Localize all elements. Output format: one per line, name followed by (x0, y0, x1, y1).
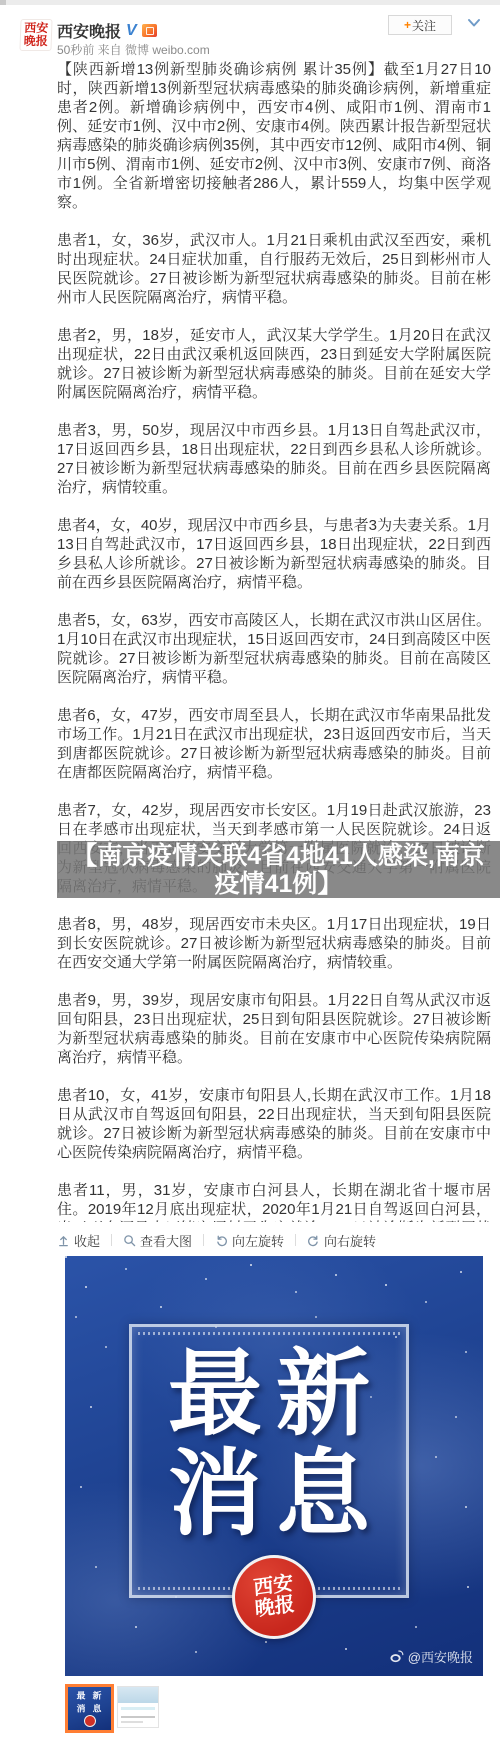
collapse-icon (57, 1234, 70, 1247)
xian-evening-news-seal-logo: 西安 晚报 (232, 1555, 316, 1639)
avatar-text-line2: 晚报 (24, 35, 48, 48)
seal-text-line2: 晚报 (254, 1594, 295, 1621)
thumbnail-1-selected[interactable]: 最 新 消 息 (65, 1684, 114, 1733)
verified-v-icon: V (126, 22, 137, 40)
page-top-strip (0, 0, 500, 5)
follow-plus-icon: + (404, 18, 411, 32)
rotate-left-icon (215, 1234, 228, 1247)
post-timestamp: 50秒前 来自 微博 weibo.com (57, 41, 210, 58)
page-corner-mark (0, 0, 6, 5)
thumbnail-webpage-line (121, 1716, 155, 1718)
weibo-logo-icon (389, 1650, 404, 1663)
post-paragraph: 【陕西新增13例新型肺炎确诊病例 累计35例】截至1月27日10时，陕西新增13… (57, 60, 491, 212)
thumbnail-seal-icon (84, 1715, 96, 1727)
thumbnail-webpage-bar (121, 1707, 155, 1710)
poster-headline-char: 最 (161, 1344, 269, 1444)
overlay-headline: 【南京疫情关联4省4地41人感染,南京疫情41例】 (61, 842, 496, 898)
thumb-char: 新 (91, 1691, 104, 1701)
image-toolbar: 收起 查看大图 向左旋转 向右旋转 (57, 1230, 387, 1250)
thumbnail-2-webpage[interactable] (117, 1686, 159, 1728)
post-text: 【陕西新增13例新型肺炎确诊病例 累计35例】截至1月27日10时，陕西新增13… (57, 60, 491, 1222)
avatar[interactable]: 西安 晚报 (19, 19, 52, 51)
rotate-left-label: 向左旋转 (232, 1231, 284, 1250)
frame-ruler-decoration (138, 1332, 400, 1335)
poster-headline-char: 息 (269, 1444, 377, 1544)
collapse-label: 收起 (74, 1231, 100, 1250)
view-large-button[interactable]: 查看大图 (112, 1231, 203, 1250)
watermark-text: @西安晚报 (408, 1647, 473, 1666)
poster-headline-char: 新 (269, 1344, 377, 1444)
post-paragraph: 患者5，女，63岁，西安市高陵区人，长期在武汉市洪山区居住。1月10日在武汉市出… (57, 611, 491, 687)
post-paragraph: 患者8，男，48岁，现居西安市未央区。1月17日出现症状，19日到长安医院就诊。… (57, 915, 491, 972)
username[interactable]: 西安晚报 (57, 19, 121, 42)
post-paragraph: 患者4，女，40岁，现居汉中市西乡县，与患者3为夫妻关系。1月13日自驾赴武汉市… (57, 516, 491, 592)
thumb-char: 息 (91, 1704, 104, 1714)
post-paragraph: 患者10，女，41岁，安康市旬阳县人,长期在武汉市工作。1月18日从武汉市自驾返… (57, 1086, 491, 1162)
news-overlay-banner: 【南京疫情关联4省4地41人感染,南京疫情41例】 (57, 841, 500, 898)
view-large-label: 查看大图 (140, 1231, 192, 1250)
watermark: @西安晚报 (389, 1647, 473, 1666)
rotate-right-button[interactable]: 向右旋转 (296, 1231, 387, 1250)
thumbnail-webpage-line (121, 1721, 143, 1723)
thumb-char: 最 (75, 1691, 88, 1701)
poster-headline: 最 新 消 息 (161, 1344, 377, 1544)
user-name-row: 西安晚报 V (57, 19, 157, 42)
post-paragraph: 患者11，男，31岁，安康市白河县人，长期在湖北省十堰市居住。2019年12月底… (57, 1181, 491, 1222)
rotate-left-button[interactable]: 向左旋转 (204, 1231, 295, 1250)
thumbnail-headline: 最 新 消 息 (73, 1690, 105, 1716)
thumbnail-webpage-header (118, 1687, 158, 1703)
thumb-char: 消 (75, 1704, 88, 1714)
rotate-right-icon (307, 1234, 320, 1247)
post-paragraph: 患者1，女，36岁，武汉市人。1月21日乘机由武汉至西安，乘机时出现症状。24日… (57, 231, 491, 307)
magnifier-icon (123, 1234, 136, 1247)
follow-button[interactable]: + 关注 (388, 15, 452, 35)
post-paragraph: 患者3，男，50岁，现居汉中市西乡县。1月13日自驾赴武汉市，17日返回西乡县，… (57, 421, 491, 497)
membership-badge-icon (142, 24, 157, 37)
poster-headline-char: 消 (161, 1444, 269, 1544)
chevron-down-icon[interactable] (466, 15, 482, 31)
post-image-latest-news-poster[interactable]: 最 新 消 息 西安 晚报 @西安晚报 (65, 1256, 483, 1676)
collapse-button[interactable]: 收起 (57, 1231, 111, 1250)
post-paragraph: 患者6，女，47岁，西安市周至县人，长期在武汉市华南果品批发市场工作。1月21日… (57, 706, 491, 782)
thumbnail-strip: 最 新 消 息 (65, 1684, 159, 1733)
post-paragraph: 患者2，男，18岁，延安市人，武汉某大学学生。1月20日在武汉出现症状，22日由… (57, 326, 491, 402)
rotate-right-label: 向右旋转 (324, 1231, 376, 1250)
follow-button-label: 关注 (412, 17, 436, 34)
post-paragraph: 患者9，男，39岁，现居安康市旬阳县。1月22日自驾从武汉市返回旬阳县，23日出… (57, 991, 491, 1067)
